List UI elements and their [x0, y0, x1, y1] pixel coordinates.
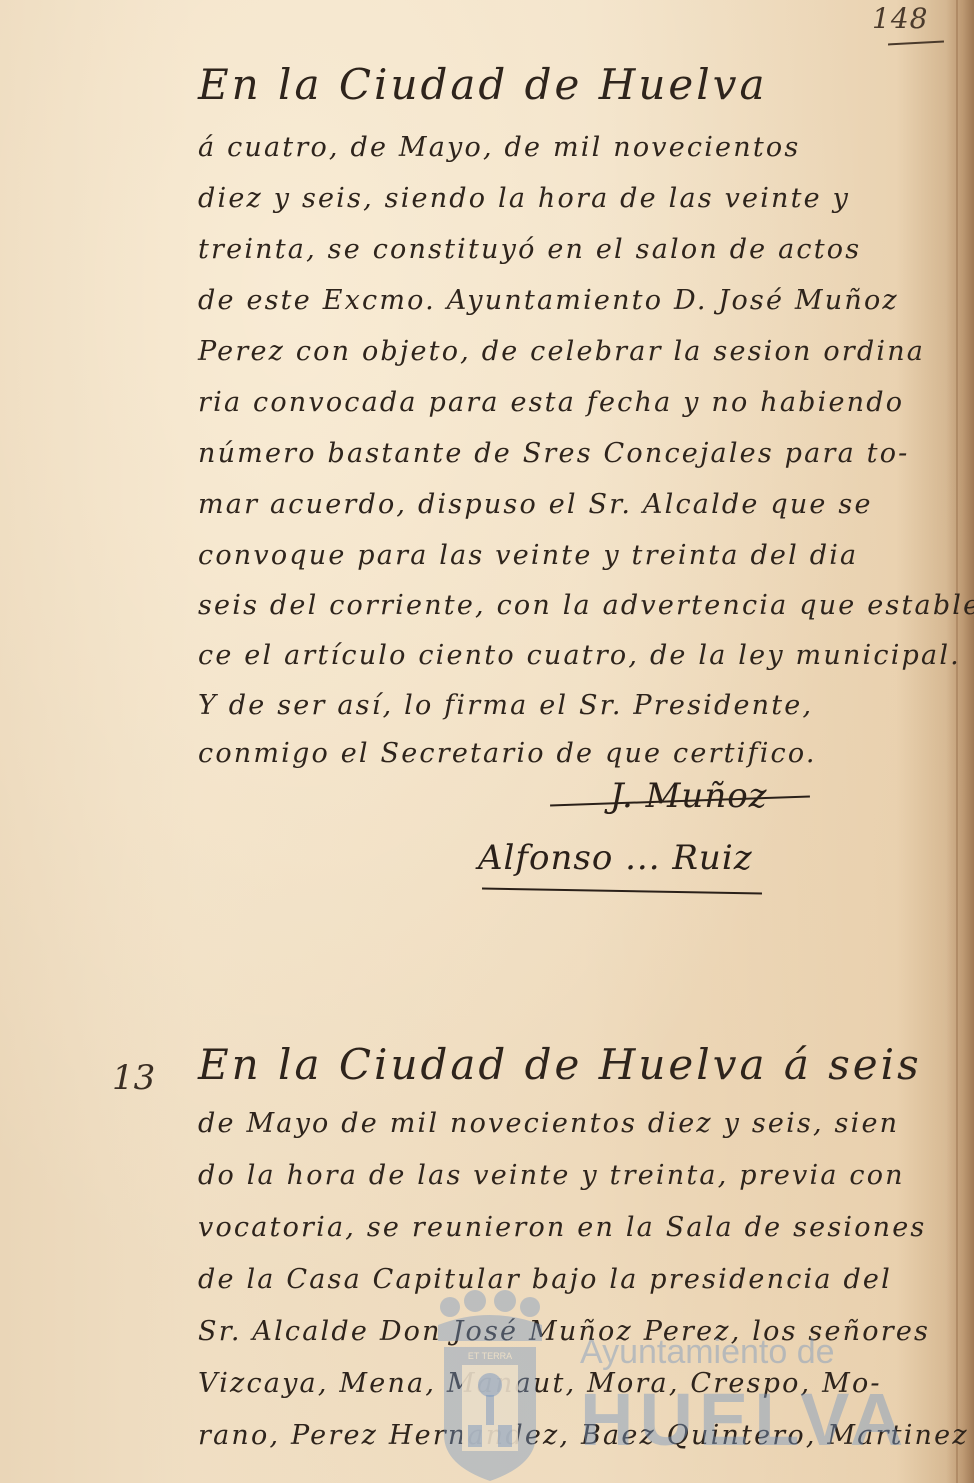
entry-2-line-5: de la Casa Capitular bajo la presidencia…: [198, 1264, 892, 1295]
margin-entry-number: 13: [112, 1058, 155, 1098]
svg-text:ET TERRA: ET TERRA: [468, 1351, 512, 1361]
manuscript-page: 148 En la Ciudad de Huelva á cuatro, de …: [0, 0, 974, 1483]
folio-number: 148: [872, 2, 928, 35]
entry-1-line-4: treinta, se constituyó en el salon de ac…: [198, 234, 861, 265]
entry-2-line-8: rano, Perez Hernandez, Baez Quintero, Ma…: [198, 1420, 969, 1451]
signature-secretary: Alfonso ... Ruiz: [478, 838, 753, 878]
entry-2-line-3: do la hora de las veinte y treinta, prev…: [198, 1160, 905, 1191]
entry-1-line-12: ce el artículo ciento cuatro, de la ley …: [198, 640, 961, 671]
entry-1-line-7: ria convocada para esta fecha y no habie…: [198, 387, 904, 418]
entry-2-line-2: de Mayo de mil novecientos diez y seis, …: [198, 1108, 899, 1139]
signature-secretary-underline: [482, 888, 762, 895]
entry-2-line-1: En la Ciudad de Huelva á seis: [198, 1040, 922, 1089]
entry-1-line-9: mar acuerdo, dispuso el Sr. Alcalde que …: [198, 489, 873, 520]
entry-2-line-7: Vizcaya, Mena, Manaut, Mora, Crespo, Mo-: [198, 1368, 882, 1399]
entry-1-line-11: seis del corriente, con la advertencia q…: [198, 590, 974, 621]
entry-2-line-4: vocatoria, se reunieron en la Sala de se…: [198, 1212, 927, 1243]
signature-president: J. Muñoz: [610, 776, 768, 816]
page-binding-line: [956, 0, 958, 1483]
entry-1-line-1: En la Ciudad de Huelva: [198, 60, 768, 109]
entry-2-line-6: Sr. Alcalde Don José Muñoz Perez, los se…: [198, 1316, 930, 1347]
entry-1-line-2: á cuatro, de Mayo, de mil novecientos: [198, 132, 800, 163]
entry-1-line-13: Y de ser así, lo firma el Sr. Presidente…: [198, 690, 813, 721]
folio-underline: [888, 41, 944, 46]
entry-1-line-14: conmigo el Secretario de que certifico.: [198, 738, 817, 769]
entry-1-line-5: de este Excmo. Ayuntamiento D. José Muño…: [198, 285, 899, 316]
entry-1-line-6: Perez con objeto, de celebrar la sesion …: [198, 336, 925, 367]
page-binding-edge: [946, 0, 974, 1483]
entry-1-line-3: diez y seis, siendo la hora de las veint…: [198, 183, 850, 214]
entry-1-line-10: convoque para las veinte y treinta del d…: [198, 540, 858, 571]
entry-1-line-8: número bastante de Sres Concejales para …: [198, 438, 909, 469]
